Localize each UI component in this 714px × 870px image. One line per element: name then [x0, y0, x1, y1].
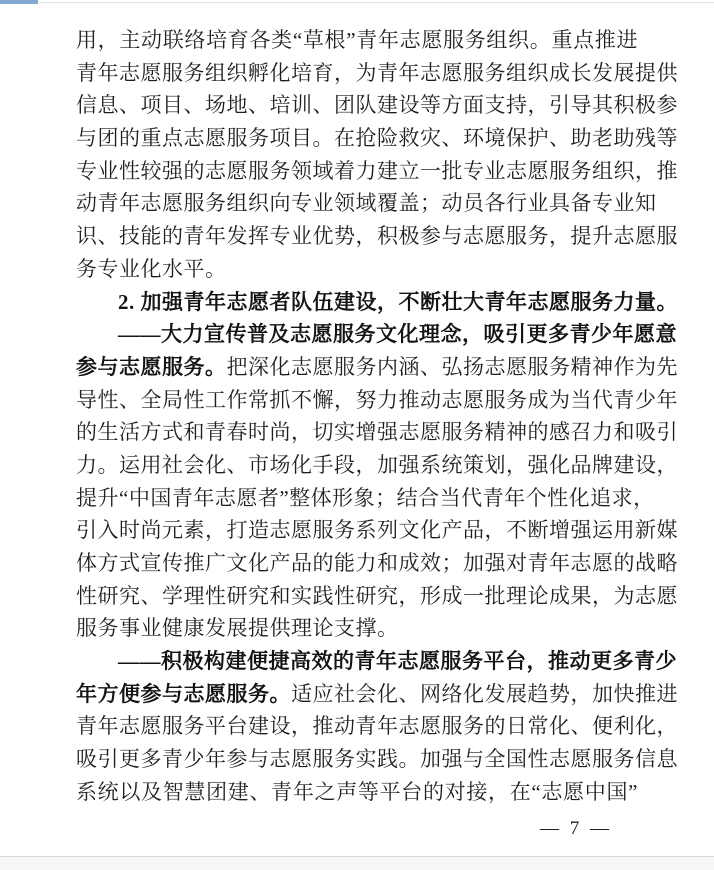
text-line: 体方式宣传推广文化产品的能力和成效；加强对青年志愿的战略: [76, 547, 638, 580]
text-line: 信息、项目、场地、培训、团队建设等方面支持，引导其积极参: [76, 89, 638, 122]
normal-text-run: 识、技能的青年发挥专业优势，积极参与志愿服务，提升志愿服: [76, 224, 678, 248]
normal-text-run: 引入时尚元素，打造志愿服务系列文化产品，不断增强运用新媒: [76, 518, 678, 542]
text-line: 吸引更多青少年参与志愿服务实践。加强与全国性志愿服务信息: [76, 743, 638, 776]
text-line: 导性、全局性工作常抓不懈，努力推动志愿服务成为当代青少年: [76, 384, 638, 417]
normal-text-run: 适应社会化、网络化发展趋势，加快推进: [291, 682, 678, 706]
bold-text-run: 2. 加强青年志愿者队伍建设，不断壮大青年志愿服务力量。: [118, 290, 678, 314]
text-line: 力。运用社会化、市场化手段，加强系统策划，强化品牌建设，: [76, 449, 638, 482]
text-line: 的生活方式和青春时尚，切实增强志愿服务精神的感召力和吸引: [76, 416, 638, 449]
text-line: ——大力宣传普及志愿服务文化理念，吸引更多青少年愿意: [76, 318, 638, 351]
page-gap-band: [0, 857, 714, 870]
normal-text-run: 动青年志愿服务组织向专业领域覆盖；动员各行业具备专业知: [76, 191, 657, 215]
normal-text-run: 务专业化水平。: [76, 257, 227, 281]
normal-text-run: 与团的重点志愿服务项目。在抢险救灾、环境保护、助老助残等: [76, 126, 678, 150]
normal-text-run: 吸引更多青少年参与志愿服务实践。加强与全国性志愿服务信息: [76, 747, 678, 771]
normal-text-run: 把深化志愿服务内涵、弘扬志愿服务精神作为先: [227, 355, 679, 379]
text-line: 青年志愿服务平台建设，推动青年志愿服务的日常化、便利化，: [76, 710, 638, 743]
page-number: — 7 —: [540, 818, 612, 840]
top-divider: [0, 2, 714, 3]
bold-text-run: ——积极构建便捷高效的青年志愿服务平台，推动更多青少: [118, 649, 677, 673]
text-line: 专业性较强的志愿服务领域着力建立一批专业志愿服务组织，推: [76, 155, 638, 188]
text-line: 识、技能的青年发挥专业优势，积极参与志愿服务，提升志愿服: [76, 220, 638, 253]
normal-text-run: 力。运用社会化、市场化手段，加强系统策划，强化品牌建设，: [76, 453, 678, 477]
normal-text-run: 服务事业健康发展提供理论支撑。: [76, 616, 399, 640]
text-line: 务专业化水平。: [76, 253, 638, 286]
normal-text-run: 导性、全局性工作常抓不懈，努力推动志愿服务成为当代青少年: [76, 388, 678, 412]
normal-text-run: 系统以及智慧团建、青年之声等平台的对接，在“志愿中国”: [76, 780, 638, 804]
text-line: 青年志愿服务组织孵化培育，为青年志愿服务组织成长发展提供: [76, 57, 638, 90]
text-line: 系统以及智慧团建、青年之声等平台的对接，在“志愿中国”: [76, 776, 638, 809]
text-line: 提升“中国青年志愿者”整体形象；结合当代青年个性化追求，: [76, 482, 638, 515]
normal-text-run: 青年志愿服务组织孵化培育，为青年志愿服务组织成长发展提供: [76, 61, 678, 85]
text-line: 用，主动联络培育各类“草根”青年志愿服务组织。重点推进: [76, 24, 638, 57]
progress-indicator: [0, 0, 38, 4]
text-line: 与团的重点志愿服务项目。在抢险救灾、环境保护、助老助残等: [76, 122, 638, 155]
text-line: 2. 加强青年志愿者队伍建设，不断壮大青年志愿服务力量。: [76, 286, 638, 319]
normal-text-run: 用，主动联络培育各类“草根”青年志愿服务组织。重点推进: [76, 28, 638, 52]
normal-text-run: 性研究、学理性研究和实践性研究，形成一批理论成果，为志愿: [76, 584, 678, 608]
text-line: 参与志愿服务。把深化志愿服务内涵、弘扬志愿服务精神作为先: [76, 351, 638, 384]
normal-text-run: 信息、项目、场地、培训、团队建设等方面支持，引导其积极参: [76, 93, 678, 117]
bold-text-run: 参与志愿服务。: [76, 355, 227, 379]
document-body: 用，主动联络培育各类“草根”青年志愿服务组织。重点推进青年志愿服务组织孵化培育，…: [76, 24, 638, 809]
normal-text-run: 提升“中国青年志愿者”整体形象；结合当代青年个性化追求，: [76, 486, 655, 510]
text-line: 年方便参与志愿服务。适应社会化、网络化发展趋势，加快推进: [76, 678, 638, 711]
normal-text-run: 的生活方式和青春时尚，切实增强志愿服务精神的感召力和吸引: [76, 420, 678, 444]
text-line: 服务事业健康发展提供理论支撑。: [76, 612, 638, 645]
text-line: 性研究、学理性研究和实践性研究，形成一批理论成果，为志愿: [76, 580, 638, 613]
text-line: 引入时尚元素，打造志愿服务系列文化产品，不断增强运用新媒: [76, 514, 638, 547]
bold-text-run: ——大力宣传普及志愿服务文化理念，吸引更多青少年愿意: [118, 322, 677, 346]
normal-text-run: 青年志愿服务平台建设，推动青年志愿服务的日常化、便利化，: [76, 714, 678, 738]
text-line: ——积极构建便捷高效的青年志愿服务平台，推动更多青少: [76, 645, 638, 678]
text-line: 动青年志愿服务组织向专业领域覆盖；动员各行业具备专业知: [76, 187, 638, 220]
normal-text-run: 体方式宣传推广文化产品的能力和成效；加强对青年志愿的战略: [76, 551, 678, 575]
normal-text-run: 专业性较强的志愿服务领域着力建立一批专业志愿服务组织，推: [76, 159, 678, 183]
bold-text-run: 年方便参与志愿服务。: [76, 682, 291, 706]
document-page: 用，主动联络培育各类“草根”青年志愿服务组织。重点推进青年志愿服务组织孵化培育，…: [0, 0, 714, 870]
